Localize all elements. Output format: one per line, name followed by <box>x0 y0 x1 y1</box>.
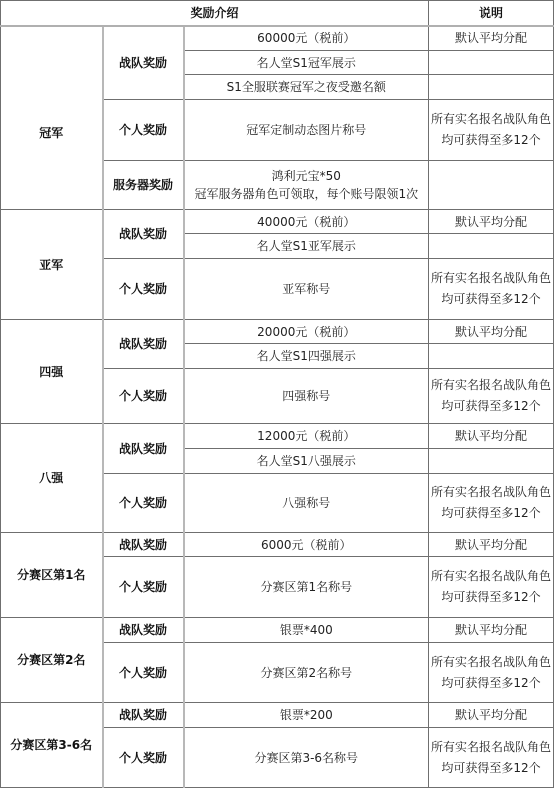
table-row: 亚军 战队奖励 40000元（税前） 默认平均分配 <box>1 210 554 234</box>
reward-content: 12000元（税前） <box>184 424 429 449</box>
header-reward-intro: 奖励介绍 <box>1 1 429 26</box>
table-row: 冠军 战队奖励 60000元（税前） 默认平均分配 <box>1 26 554 51</box>
rewards-table: 奖励介绍 说明 冠军 战队奖励 60000元（税前） 默认平均分配 名人堂S1冠… <box>0 0 554 788</box>
reward-content: 冠军定制动态图片称号 <box>184 100 429 161</box>
table-row: 分赛区第1名 战队奖励 6000元（税前） 默认平均分配 <box>1 533 554 557</box>
category-label: 战队奖励 <box>103 533 184 557</box>
category-label: 个人奖励 <box>103 259 184 320</box>
reward-note <box>429 344 554 369</box>
reward-content: 6000元（税前） <box>184 533 429 557</box>
category-label: 战队奖励 <box>103 210 184 259</box>
reward-content: 四强称号 <box>184 369 429 424</box>
rank-label: 分赛区第1名 <box>1 533 103 618</box>
table-row: 四强 战队奖励 20000元（税前） 默认平均分配 <box>1 320 554 344</box>
category-label: 个人奖励 <box>103 369 184 424</box>
reward-content-line: 冠军服务器角色可领取，每个账号限领1次 <box>185 185 429 203</box>
category-label: 战队奖励 <box>103 424 184 474</box>
category-label: 战队奖励 <box>103 618 184 643</box>
category-label: 战队奖励 <box>103 26 184 100</box>
reward-content: 亚军称号 <box>184 259 429 320</box>
reward-note <box>429 234 554 259</box>
reward-note <box>429 51 554 75</box>
reward-content: 分赛区第1名称号 <box>184 557 429 618</box>
rank-label: 分赛区第2名 <box>1 618 103 703</box>
rank-label: 四强 <box>1 320 103 424</box>
reward-content: 40000元（税前） <box>184 210 429 234</box>
category-label: 战队奖励 <box>103 703 184 728</box>
table-row: 分赛区第2名 战队奖励 银票*400 默认平均分配 <box>1 618 554 643</box>
reward-content: 银票*400 <box>184 618 429 643</box>
reward-note: 所有实名报名战队角色均可获得至多12个 <box>429 259 554 320</box>
reward-note <box>429 75 554 100</box>
reward-content: 60000元（税前） <box>184 26 429 51</box>
reward-content: 分赛区第3-6名称号 <box>184 728 429 788</box>
reward-note <box>429 161 554 210</box>
reward-content: 八强称号 <box>184 474 429 533</box>
rank-label: 冠军 <box>1 26 103 210</box>
table-header-row: 奖励介绍 说明 <box>1 1 554 26</box>
category-label: 个人奖励 <box>103 557 184 618</box>
reward-note: 默认平均分配 <box>429 618 554 643</box>
category-label: 个人奖励 <box>103 728 184 788</box>
reward-note: 默认平均分配 <box>429 210 554 234</box>
reward-content: 名人堂S1八强展示 <box>184 449 429 474</box>
reward-note: 默认平均分配 <box>429 320 554 344</box>
category-label: 个人奖励 <box>103 643 184 703</box>
table-row: 八强 战队奖励 12000元（税前） 默认平均分配 <box>1 424 554 449</box>
rank-label: 八强 <box>1 424 103 533</box>
reward-note: 默认平均分配 <box>429 26 554 51</box>
reward-note: 默认平均分配 <box>429 424 554 449</box>
category-label: 个人奖励 <box>103 100 184 161</box>
rank-label: 分赛区第3-6名 <box>1 703 103 788</box>
reward-note: 所有实名报名战队角色均可获得至多12个 <box>429 369 554 424</box>
reward-content: 名人堂S1亚军展示 <box>184 234 429 259</box>
table-row: 分赛区第3-6名 战队奖励 银票*200 默认平均分配 <box>1 703 554 728</box>
reward-content: 名人堂S1四强展示 <box>184 344 429 369</box>
reward-note: 所有实名报名战队角色均可获得至多12个 <box>429 100 554 161</box>
reward-content: 名人堂S1冠军展示 <box>184 51 429 75</box>
reward-note: 所有实名报名战队角色均可获得至多12个 <box>429 643 554 703</box>
reward-content: 银票*200 <box>184 703 429 728</box>
reward-note: 默认平均分配 <box>429 703 554 728</box>
rank-label: 亚军 <box>1 210 103 320</box>
reward-content: 20000元（税前） <box>184 320 429 344</box>
category-label: 战队奖励 <box>103 320 184 369</box>
reward-content: 分赛区第2名称号 <box>184 643 429 703</box>
reward-content: 鸿利元宝*50 冠军服务器角色可领取，每个账号限领1次 <box>184 161 429 210</box>
header-description: 说明 <box>429 1 554 26</box>
reward-note: 所有实名报名战队角色均可获得至多12个 <box>429 728 554 788</box>
reward-content: S1全服联赛冠军之夜受邀名额 <box>184 75 429 100</box>
reward-content-line: 鸿利元宝*50 <box>185 167 429 185</box>
reward-note <box>429 449 554 474</box>
category-label: 服务器奖励 <box>103 161 184 210</box>
reward-note: 所有实名报名战队角色均可获得至多12个 <box>429 557 554 618</box>
reward-note: 默认平均分配 <box>429 533 554 557</box>
reward-note: 所有实名报名战队角色均可获得至多12个 <box>429 474 554 533</box>
category-label: 个人奖励 <box>103 474 184 533</box>
